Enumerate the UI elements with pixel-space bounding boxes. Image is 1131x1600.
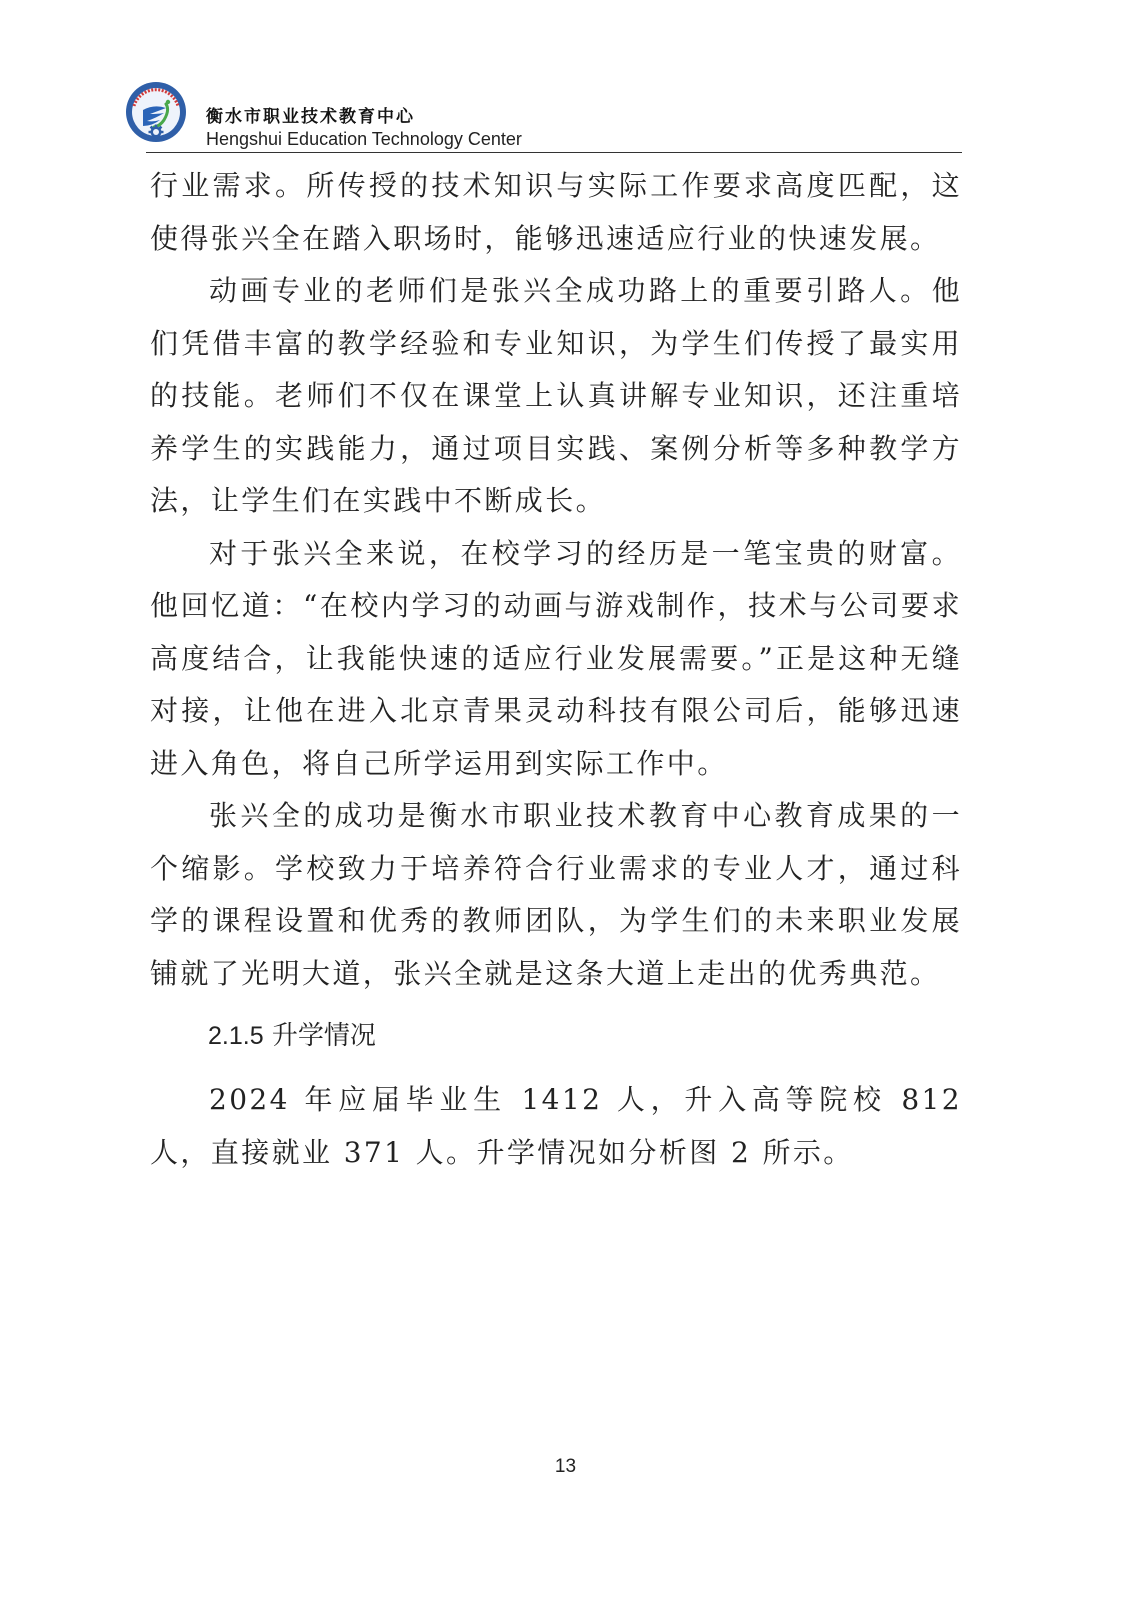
section-title: 升学情况 xyxy=(272,1021,376,1051)
header-divider xyxy=(146,152,962,153)
body-paragraph: 2024 年应届毕业生 1412 人，升入高等院校 812 人，直接就业 371… xyxy=(150,1074,962,1179)
section-heading: 2.1.5 升学情况 xyxy=(150,1010,962,1062)
school-emblem-icon xyxy=(124,80,188,144)
body-paragraph: 动画专业的老师们是张兴全成功路上的重要引路人。他们凭借丰富的教学经验和专业知识，… xyxy=(150,265,962,528)
page-number: 13 xyxy=(0,1456,1131,1478)
body-paragraph: 对于张兴全来说，在校学习的经历是一笔宝贵的财富。他回忆道：“在校内学习的动画与游… xyxy=(150,528,962,791)
page-header: 衡水市职业技术教育中心 Hengshui Education Technolog… xyxy=(124,80,964,156)
body-paragraph: 张兴全的成功是衡水市职业技术教育中心教育成果的一个缩影。学校致力于培养符合行业需… xyxy=(150,790,962,1000)
header-title-chinese: 衡水市职业技术教育中心 xyxy=(206,102,415,127)
header-title-english: Hengshui Education Technology Center xyxy=(206,129,522,150)
section-number: 2.1.5 xyxy=(208,1022,264,1050)
page-body: 行业需求。所传授的技术知识与实际工作要求高度匹配，这使得张兴全在踏入职场时，能够… xyxy=(150,160,962,1179)
body-paragraph: 行业需求。所传授的技术知识与实际工作要求高度匹配，这使得张兴全在踏入职场时，能够… xyxy=(150,160,962,265)
